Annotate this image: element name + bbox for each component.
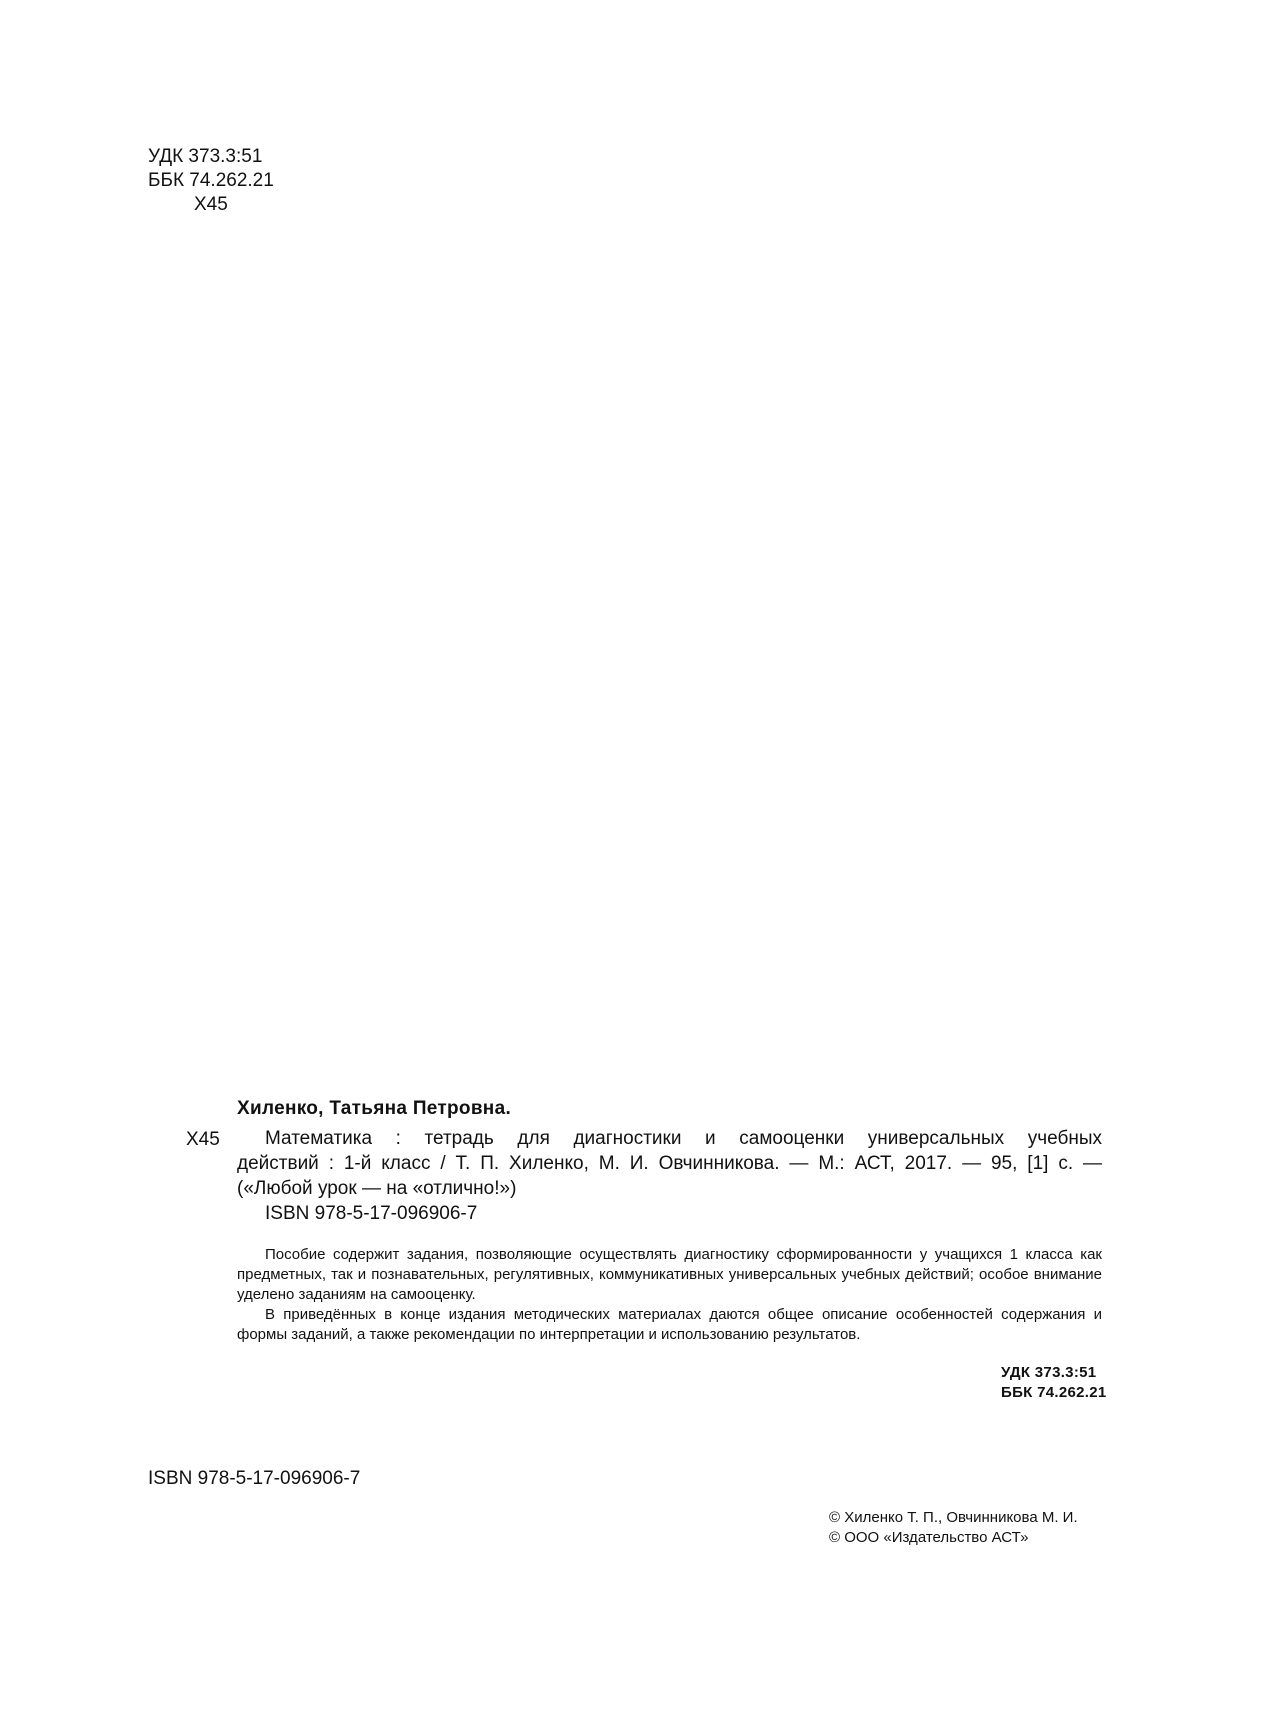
header-classification-codes: УДК 373.3:51 ББК 74.262.21 Х45: [148, 145, 274, 217]
udc-code: УДК 373.3:51: [148, 145, 274, 169]
title-line-1: Математика : тетрадь для диагностики и с…: [237, 1126, 1102, 1151]
annotation: Пособие содержит задания, позволяющие ос…: [237, 1245, 1102, 1345]
annotation-paragraph-2: В приведённых в конце издания методическ…: [237, 1305, 1102, 1345]
series-title: («Любой урок — на «отлично!»): [237, 1176, 1102, 1201]
bibliographic-record: Математика : тетрадь для диагностики и с…: [237, 1126, 1102, 1226]
udc-code-right: УДК 373.3:51: [1001, 1363, 1107, 1383]
copyright-block: © Хиленко Т. П., Овчинникова М. И. © ООО…: [829, 1508, 1078, 1548]
author-mark: Х45: [148, 193, 274, 217]
bbk-code: ББК 74.262.21: [148, 169, 274, 193]
annotation-paragraph-1: Пособие содержит задания, позволяющие ос…: [237, 1245, 1102, 1305]
bbk-code-right: ББК 74.262.21: [1001, 1383, 1107, 1403]
record-isbn: ISBN 978-5-17-096906-7: [237, 1201, 1102, 1226]
record-author-mark: Х45: [186, 1129, 220, 1151]
copyright-authors: © Хиленко Т. П., Овчинникова М. И.: [829, 1508, 1078, 1528]
author-heading: Хиленко, Татьяна Петровна.: [237, 1098, 511, 1120]
isbn-bottom: ISBN 978-5-17-096906-7: [148, 1468, 360, 1490]
classification-codes-right: УДК 373.3:51 ББК 74.262.21: [1001, 1363, 1107, 1403]
copyright-publisher: © ООО «Издательство АСТ»: [829, 1528, 1078, 1548]
title-line-2: действий : 1-й класс / Т. П. Хиленко, М.…: [237, 1151, 1102, 1176]
